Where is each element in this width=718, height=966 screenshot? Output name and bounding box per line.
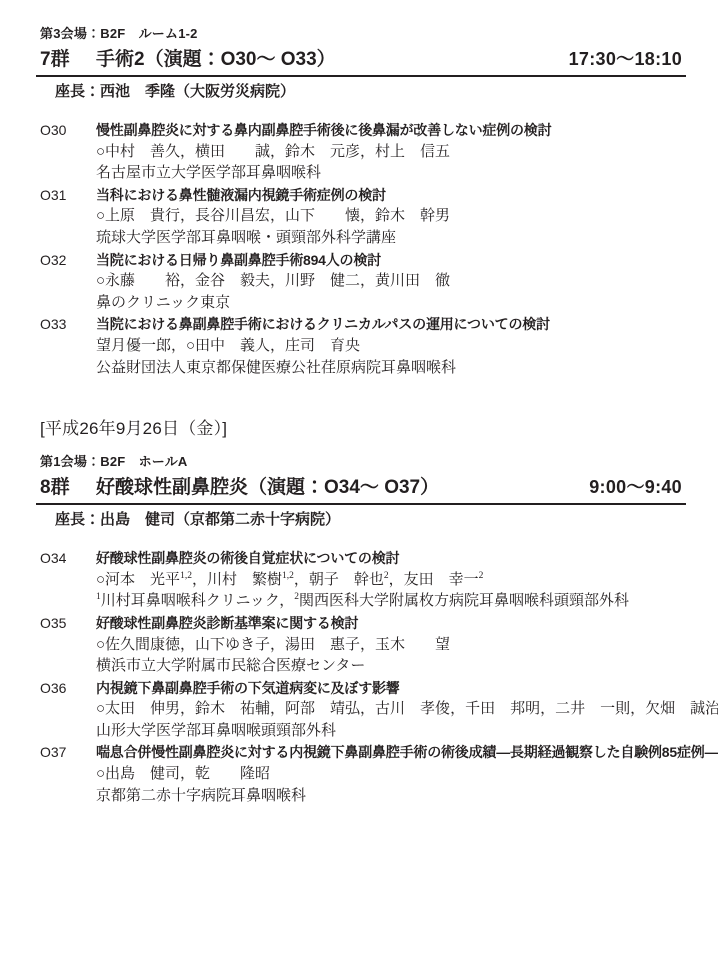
presentation-affiliation: 1川村耳鼻咽喉科クリニック，2関西医科大学附属枚方病院耳鼻咽喉科頭頸部外科 [96,591,682,613]
presentation-id: O33 [40,314,96,379]
presentation-entry: O36内視鏡下鼻副鼻腔手術の下気道病変に及ぼす影響○太田 伸男，鈴木 祐輔，阿部… [40,678,682,743]
presentation-title: 内視鏡下鼻副鼻腔手術の下気道病変に及ぼす影響 [96,678,682,700]
superscript-affiliation-ref: 2 [384,571,389,581]
presentation-authors: ○太田 伸男，鈴木 祐輔，阿部 靖弘，古川 孝俊，千田 邦明，二井 一則，欠畑 … [96,699,682,721]
session-time: 9:00～9:40 [589,476,682,498]
presentation-body: 内視鏡下鼻副鼻腔手術の下気道病変に及ぼす影響○太田 伸男，鈴木 祐輔，阿部 靖弘… [96,678,682,743]
superscript-affiliation-ref: 2 [479,571,484,581]
session-title: 好酸球性副鼻腔炎（演題：O34～ O37） [96,477,439,499]
presentation-entry: O35好酸球性副鼻腔炎診断基準案に関する検討○佐久間康徳，山下ゆき子，湯田 惠子… [40,613,682,678]
presentation-authors: ○永藤 裕，金谷 毅夫，川野 健二，黄川田 徹 [96,271,682,293]
presentation-body: 慢性副鼻腔炎に対する鼻内副鼻腔手術後に後鼻漏が改善しない症例の検討○中村 善久，… [96,120,682,185]
presentation-entry: O34好酸球性副鼻腔炎の術後自覚症状についての検討○河本 光平1,2，川村 繁樹… [40,548,682,613]
entries-list: O30慢性副鼻腔炎に対する鼻内副鼻腔手術後に後鼻漏が改善しない症例の検討○中村 … [40,120,682,379]
presentation-id: O35 [40,613,96,678]
presentation-body: 当科における鼻性髄液漏内視鏡手術症例の検討○上原 貴行，長谷川昌宏，山下 懐，鈴… [96,185,682,250]
divider-rule [36,75,686,77]
session-title: 手術2（演題：O30～ O33） [96,49,336,71]
superscript-affiliation-ref: 1,2 [282,571,294,581]
presentation-authors: ○佐久間康徳，山下ゆき子，湯田 惠子，玉木 望 [96,635,682,657]
program-page: 第3会場：B2F ルーム1-2 7群 手術2（演題：O30～ O33） 17:3… [0,0,718,966]
presentation-entry: O33当院における鼻副鼻腔手術におけるクリニカルパスの運用についての検討望月優一… [40,314,682,379]
presentation-title: 当院における鼻副鼻腔手術におけるクリニカルパスの運用についての検討 [96,314,682,336]
superscript-affiliation-ref: 2 [294,592,299,602]
presentation-entry: O37喘息合併慢性副鼻腔炎に対する内視鏡下鼻副鼻腔手術の術後成績―長期経過観察し… [40,742,682,807]
presentation-id: O34 [40,548,96,613]
entries-list: O34好酸球性副鼻腔炎の術後自覚症状についての検討○河本 光平1,2，川村 繁樹… [40,548,682,807]
venue-line: 第1会場：B2F ホールA [40,454,682,469]
presentation-affiliation: 琉球大学医学部耳鼻咽喉・頭頸部外科学講座 [96,228,682,250]
presentation-title: 当院における日帰り鼻副鼻腔手術894人の検討 [96,250,682,272]
presentation-authors: ○河本 光平1,2，川村 繁樹1,2，朝子 幹也2，友田 幸一2 [96,570,682,592]
session-section-8: 第1会場：B2F ホールA 8群 好酸球性副鼻腔炎（演題：O34～ O37） 9… [40,454,682,807]
superscript-affiliation-ref: 1 [96,592,101,602]
presentation-id: O30 [40,120,96,185]
presentation-id: O31 [40,185,96,250]
presentation-id: O37 [40,742,96,807]
venue-line: 第3会場：B2F ルーム1-2 [40,26,682,41]
presentation-authors: 望月優一郎，○田中 義人，庄司 育央 [96,336,682,358]
chair-line: 座長：出島 健司（京都第二赤十字病院） [55,511,682,528]
presentation-title: 当科における鼻性髄液漏内視鏡手術症例の検討 [96,185,682,207]
presentation-body: 好酸球性副鼻腔炎診断基準案に関する検討○佐久間康徳，山下ゆき子，湯田 惠子，玉木… [96,613,682,678]
presentation-affiliation: 山形大学医学部耳鼻咽喉頭頸部外科 [96,721,682,743]
session-time: 17:30～18:10 [569,48,682,70]
presentation-entry: O30慢性副鼻腔炎に対する鼻内副鼻腔手術後に後鼻漏が改善しない症例の検討○中村 … [40,120,682,185]
presentation-body: 好酸球性副鼻腔炎の術後自覚症状についての検討○河本 光平1,2，川村 繁樹1,2… [96,548,682,613]
presentation-authors: ○中村 善久，横田 誠，鈴木 元彦，村上 信五 [96,142,682,164]
divider-rule [36,503,686,505]
presentation-affiliation: 横浜市立大学附属市民総合医療センター [96,656,682,678]
group-number: 8群 [40,477,96,499]
session-header-row: 7群 手術2（演題：O30～ O33） 17:30～18:10 [40,48,682,71]
presentation-entry: O32当院における日帰り鼻副鼻腔手術894人の検討○永藤 裕，金谷 毅夫，川野 … [40,250,682,315]
chair-line: 座長：西池 季隆（大阪労災病院） [55,83,682,100]
presentation-body: 当院における日帰り鼻副鼻腔手術894人の検討○永藤 裕，金谷 毅夫，川野 健二，… [96,250,682,315]
presentation-authors: ○上原 貴行，長谷川昌宏，山下 懐，鈴木 幹男 [96,206,682,228]
presentation-affiliation: 名古屋市立大学医学部耳鼻咽喉科 [96,163,682,185]
presentation-affiliation: 京都第二赤十字病院耳鼻咽喉科 [96,786,682,808]
presentation-entry: O31当科における鼻性髄液漏内視鏡手術症例の検討○上原 貴行，長谷川昌宏，山下 … [40,185,682,250]
superscript-affiliation-ref: 1,2 [180,571,192,581]
presentation-title: 好酸球性副鼻腔炎診断基準案に関する検討 [96,613,682,635]
presentation-affiliation: 鼻のクリニック東京 [96,293,682,315]
date-heading: [平成26年9月26日（金）] [40,419,682,439]
presentation-authors: ○出島 健司，乾 隆昭 [96,764,682,786]
session-section-7: 第3会場：B2F ルーム1-2 7群 手術2（演題：O30～ O33） 17:3… [40,26,682,379]
presentation-id: O36 [40,678,96,743]
presentation-title: 慢性副鼻腔炎に対する鼻内副鼻腔手術後に後鼻漏が改善しない症例の検討 [96,120,682,142]
presentation-id: O32 [40,250,96,315]
group-number: 7群 [40,49,96,71]
presentation-title: 喘息合併慢性副鼻腔炎に対する内視鏡下鼻副鼻腔手術の術後成績―長期経過観察した自験… [96,742,682,764]
presentation-affiliation: 公益財団法人東京都保健医療公社荏原病院耳鼻咽喉科 [96,358,682,380]
session-header-row: 8群 好酸球性副鼻腔炎（演題：O34～ O37） 9:00～9:40 [40,476,682,499]
presentation-body: 当院における鼻副鼻腔手術におけるクリニカルパスの運用についての検討望月優一郎，○… [96,314,682,379]
presentation-body: 喘息合併慢性副鼻腔炎に対する内視鏡下鼻副鼻腔手術の術後成績―長期経過観察した自験… [96,742,682,807]
presentation-title: 好酸球性副鼻腔炎の術後自覚症状についての検討 [96,548,682,570]
